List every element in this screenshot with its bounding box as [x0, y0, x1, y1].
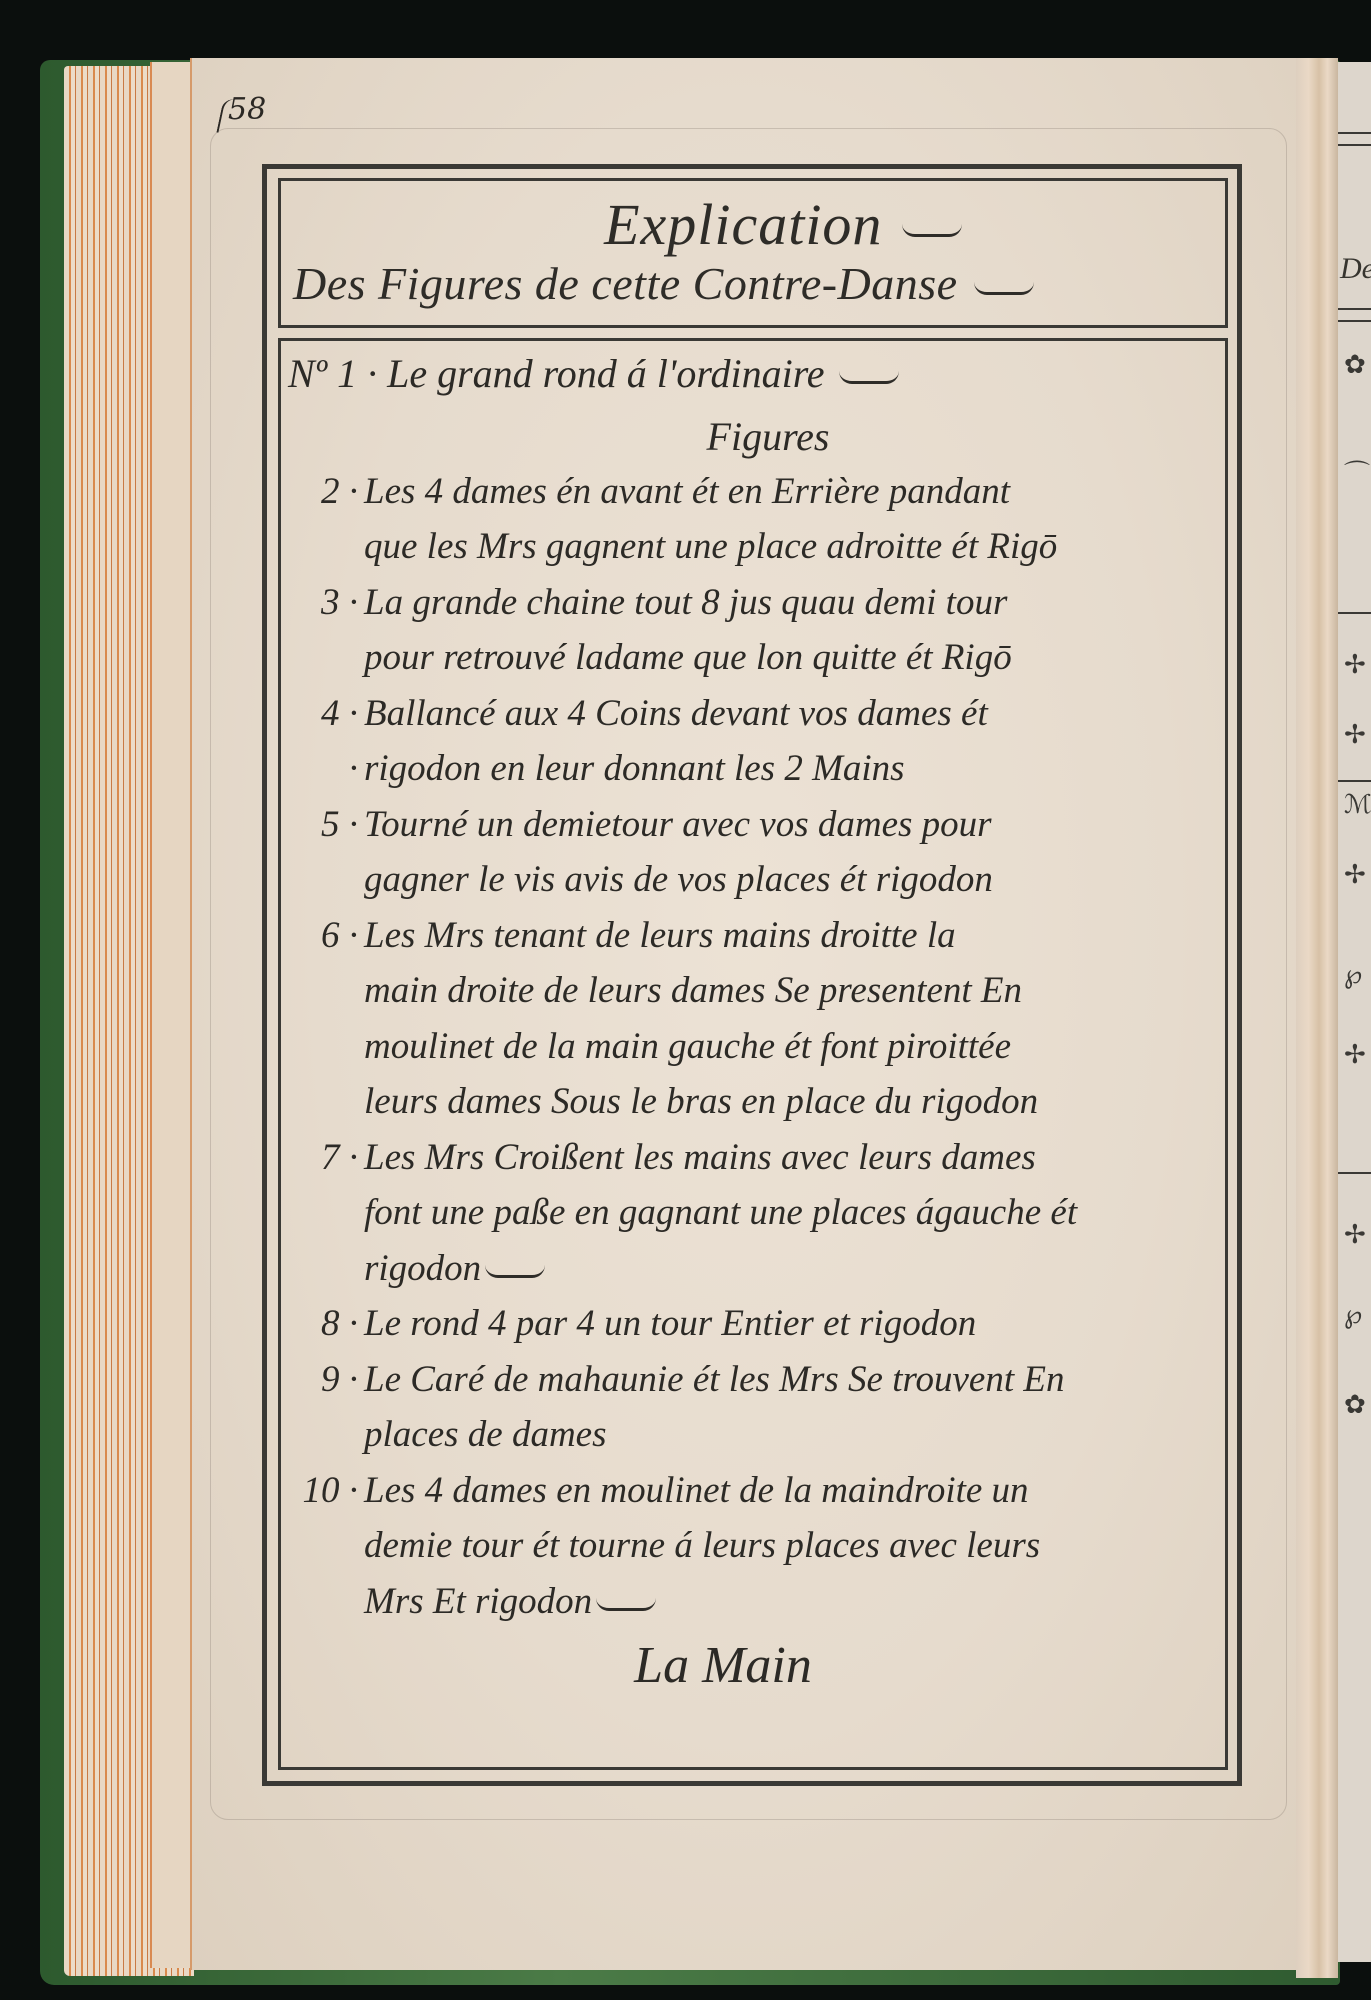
- facing-rule: [1338, 1172, 1371, 1174]
- page-subtitle-text: Des Figures de cette Contre-Danse: [293, 258, 958, 309]
- figure-line: 9 ·Le Caré de mahaunie ét les Mrs Se tro…: [288, 1352, 1228, 1408]
- figure-number: 7 ·: [288, 1130, 364, 1186]
- figure-number: 8 ·: [288, 1296, 364, 1352]
- figure-text: Les Mrs Croißent les mains avec leurs da…: [364, 1137, 1036, 1178]
- facing-rule: [1338, 144, 1371, 146]
- page-title-text: Explication: [604, 192, 882, 257]
- dance-diagram-icon: ⌒: [1344, 462, 1370, 488]
- figure-text: Le rond 4 par 4 un tour Entier et rigodo…: [364, 1303, 976, 1344]
- facing-rule: [1338, 320, 1371, 322]
- dance-diagram-icon: ✿: [1344, 352, 1366, 378]
- figure-line: 2 ·Les 4 dames én avant ét en Errière pa…: [288, 464, 1228, 520]
- figure-text: Ballancé aux 4 Coins devant vos dames ét: [364, 693, 988, 734]
- intro-line: Nº 1 · Le grand rond á l'ordinaire: [288, 346, 1228, 402]
- figure-text: La grande chaine tout 8 jus quau demi to…: [364, 582, 1007, 623]
- figure-text: moulinet de la main gauche ét font piroi…: [364, 1026, 1011, 1067]
- figure-text: Tourné un demietour avec vos dames pour: [364, 804, 992, 845]
- figure-list: Nº 1 · Le grand rond á l'ordinaire Figur…: [288, 346, 1228, 1703]
- figure-line: 4 ·Ballancé aux 4 Coins devant vos dames…: [288, 686, 1228, 742]
- figure-text: font une paße en gagnant une places ágau…: [364, 1192, 1077, 1233]
- figure-text: Les Mrs tenant de leurs mains droitte la: [364, 915, 956, 956]
- figure-line: demie tour ét tourne á leurs places avec…: [288, 1518, 1228, 1574]
- page-title: Explication: [281, 191, 1225, 258]
- figure-number: 6 ·: [288, 908, 364, 964]
- figure-line: font une paße en gagnant une places ágau…: [288, 1185, 1228, 1241]
- figure-line: pour retrouvé ladame que lon quitte ét R…: [288, 630, 1228, 686]
- dance-diagram-icon: ✿: [1344, 1392, 1366, 1418]
- figure-line: main droite de leurs dames Se presentent…: [288, 963, 1228, 1019]
- figures-heading: Figures: [288, 402, 1228, 464]
- figure-number: 2 ·: [288, 464, 364, 520]
- dance-diagram-icon: ✢: [1344, 1222, 1366, 1248]
- figure-line: 10 ·Les 4 dames en moulinet de la maindr…: [288, 1463, 1228, 1519]
- title-box: Explication Des Figures de cette Contre-…: [278, 178, 1228, 328]
- page-subtitle: Des Figures de cette Contre-Danse: [293, 257, 1215, 310]
- intro-text: Le grand rond á l'ordinaire: [387, 351, 824, 396]
- figure-line: moulinet de la main gauche ét font piroi…: [288, 1019, 1228, 1075]
- figure-text: leurs dames Sous le bras en place du rig…: [364, 1081, 1038, 1122]
- figure-text: Le Caré de mahaunie ét les Mrs Se trouve…: [364, 1359, 1064, 1400]
- figure-number: 10 ·: [288, 1463, 364, 1519]
- figure-number: 4 ·: [288, 686, 364, 742]
- figure-text: gagner le vis avis de vos places ét rigo…: [364, 859, 993, 900]
- figure-text: demie tour ét tourne á leurs places avec…: [364, 1525, 1040, 1566]
- closing-line: La Main: [288, 1629, 1228, 1703]
- dance-figure-icon: ℳ: [1344, 792, 1371, 818]
- figure-text: Les 4 dames én avant ét en Errière panda…: [364, 471, 1010, 512]
- figure-line: 5 ·Tourné un demietour avec vos dames po…: [288, 797, 1228, 853]
- figure-line: 3 ·La grande chaine tout 8 jus quau demi…: [288, 575, 1228, 631]
- figure-number: 9 ·: [288, 1352, 364, 1408]
- figure-text: places de dames: [364, 1414, 607, 1455]
- facing-page: Des Fi ✿ ⌒ ✢ ✢ ℳ ✢ ℘ ✢ ✢ ℘ ✿: [1338, 62, 1371, 1962]
- figure-line: 7 ·Les Mrs Croißent les mains avec leurs…: [288, 1130, 1228, 1186]
- facing-page-title: Des Fi: [1340, 252, 1371, 286]
- figure-text: que les Mrs gagnent une place adroitte é…: [364, 526, 1057, 567]
- figure-text: rigodon: [364, 1248, 481, 1289]
- figure-line: que les Mrs gagnent une place adroitte é…: [288, 519, 1228, 575]
- dance-figure-icon: ✢: [1344, 862, 1366, 888]
- figure-text: pour retrouvé ladame que lon quitte ét R…: [364, 637, 1012, 678]
- figure-line: 8 ·Le rond 4 par 4 un tour Entier et rig…: [288, 1296, 1228, 1352]
- facing-rule: [1338, 612, 1371, 614]
- book-gutter: [1296, 58, 1338, 1978]
- figure-line: rigodon: [288, 1241, 1228, 1297]
- page-number: 58: [228, 92, 266, 127]
- figure-line: places de dames: [288, 1407, 1228, 1463]
- facing-rule: [1338, 780, 1371, 782]
- dance-diagram-icon: ✢: [1344, 1042, 1366, 1068]
- figure-number: ·: [288, 741, 364, 797]
- dance-diagram-icon: ℘: [1344, 962, 1362, 988]
- facing-rule: [1338, 308, 1371, 310]
- figure-text: rigodon en leur donnant les 2 Mains: [364, 748, 905, 789]
- dance-figure-icon: ✢: [1344, 652, 1366, 678]
- dance-diagram-icon: ℘: [1344, 1302, 1362, 1328]
- figure-line: Mrs Et rigodon: [288, 1574, 1228, 1630]
- figure-line: 6 ·Les Mrs tenant de leurs mains droitte…: [288, 908, 1228, 964]
- page-edges-inner: [150, 62, 194, 1968]
- figure-line: gagner le vis avis de vos places ét rigo…: [288, 852, 1228, 908]
- figure-number: 5 ·: [288, 797, 364, 853]
- figure-line: leurs dames Sous le bras en place du rig…: [288, 1074, 1228, 1130]
- intro-number: Nº 1 ·: [288, 351, 377, 396]
- figure-line: ·rigodon en leur donnant les 2 Mains: [288, 741, 1228, 797]
- figure-number: 3 ·: [288, 575, 364, 631]
- figure-text: Les 4 dames en moulinet de la maindroite…: [364, 1470, 1029, 1511]
- figure-text: Mrs Et rigodon: [364, 1581, 592, 1622]
- facing-rule: [1338, 132, 1371, 134]
- dance-figure-icon: ✢: [1344, 722, 1366, 748]
- figure-text: main droite de leurs dames Se presentent…: [364, 970, 1022, 1011]
